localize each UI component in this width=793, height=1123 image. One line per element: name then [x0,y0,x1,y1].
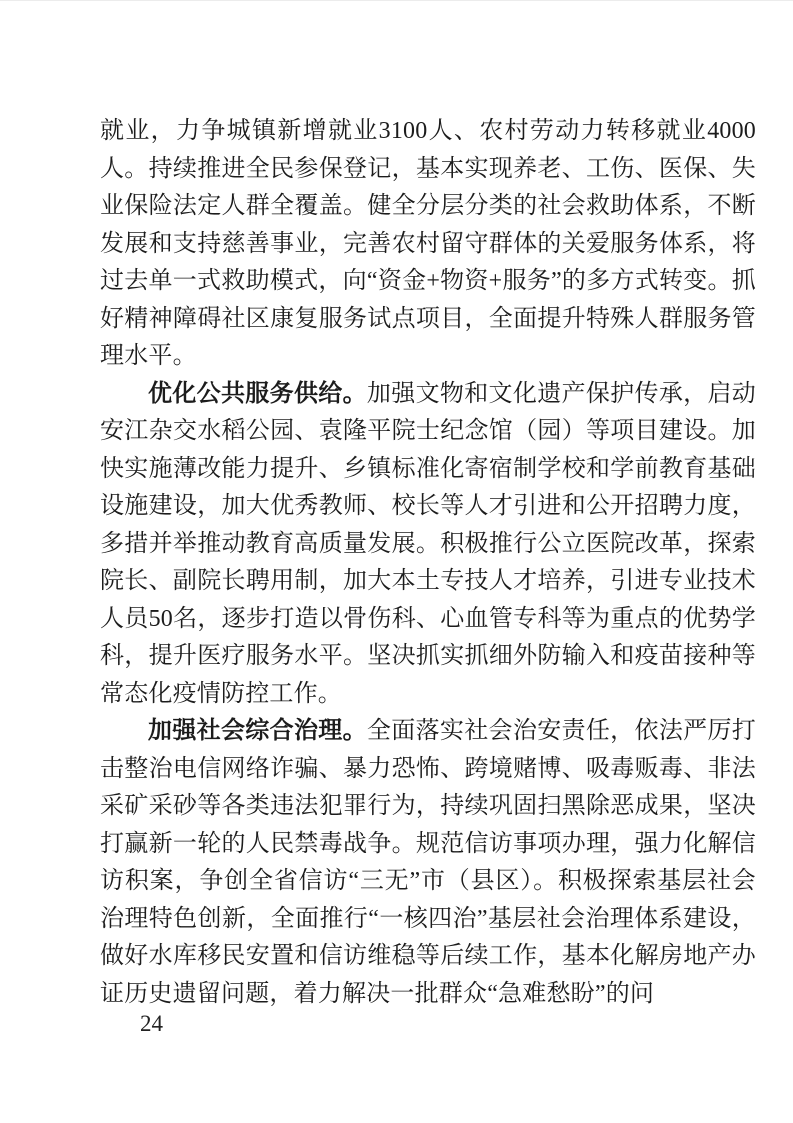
page-number: 24 [140,1009,163,1039]
paragraph: 优化公共服务供给。加强文物和文化遗产保护传承，启动安江杂交水稻公园、袁隆平院士纪… [100,376,756,714]
document-page: 就业，力争城镇新增就业3100人、农村劳动力转移就业4000人。持续推进全民参保… [0,0,793,1123]
paragraph-lead: 加强社会综合治理。 [148,718,367,744]
paragraph-body: 全面落实社会治安责任，依法严厉打击整治电信网络诈骗、暴力恐怖、跨境赌博、吸毒贩毒… [100,718,756,1007]
paragraph-body: 加强文物和文化遗产保护传承，启动安江杂交水稻公园、袁隆平院士纪念馆（园）等项目建… [100,381,756,707]
body-text: 就业，力争城镇新增就业3100人、农村劳动力转移就业4000人。持续推进全民参保… [100,113,756,1013]
paragraph-lead: 优化公共服务供给。 [148,381,367,407]
paragraph: 加强社会综合治理。全面落实社会治安责任，依法严厉打击整治电信网络诈骗、暴力恐怖、… [100,713,756,1013]
paragraph-body: 就业，力争城镇新增就业3100人、农村劳动力转移就业4000人。持续推进全民参保… [100,118,756,369]
paragraph: 就业，力争城镇新增就业3100人、农村劳动力转移就业4000人。持续推进全民参保… [100,113,756,376]
